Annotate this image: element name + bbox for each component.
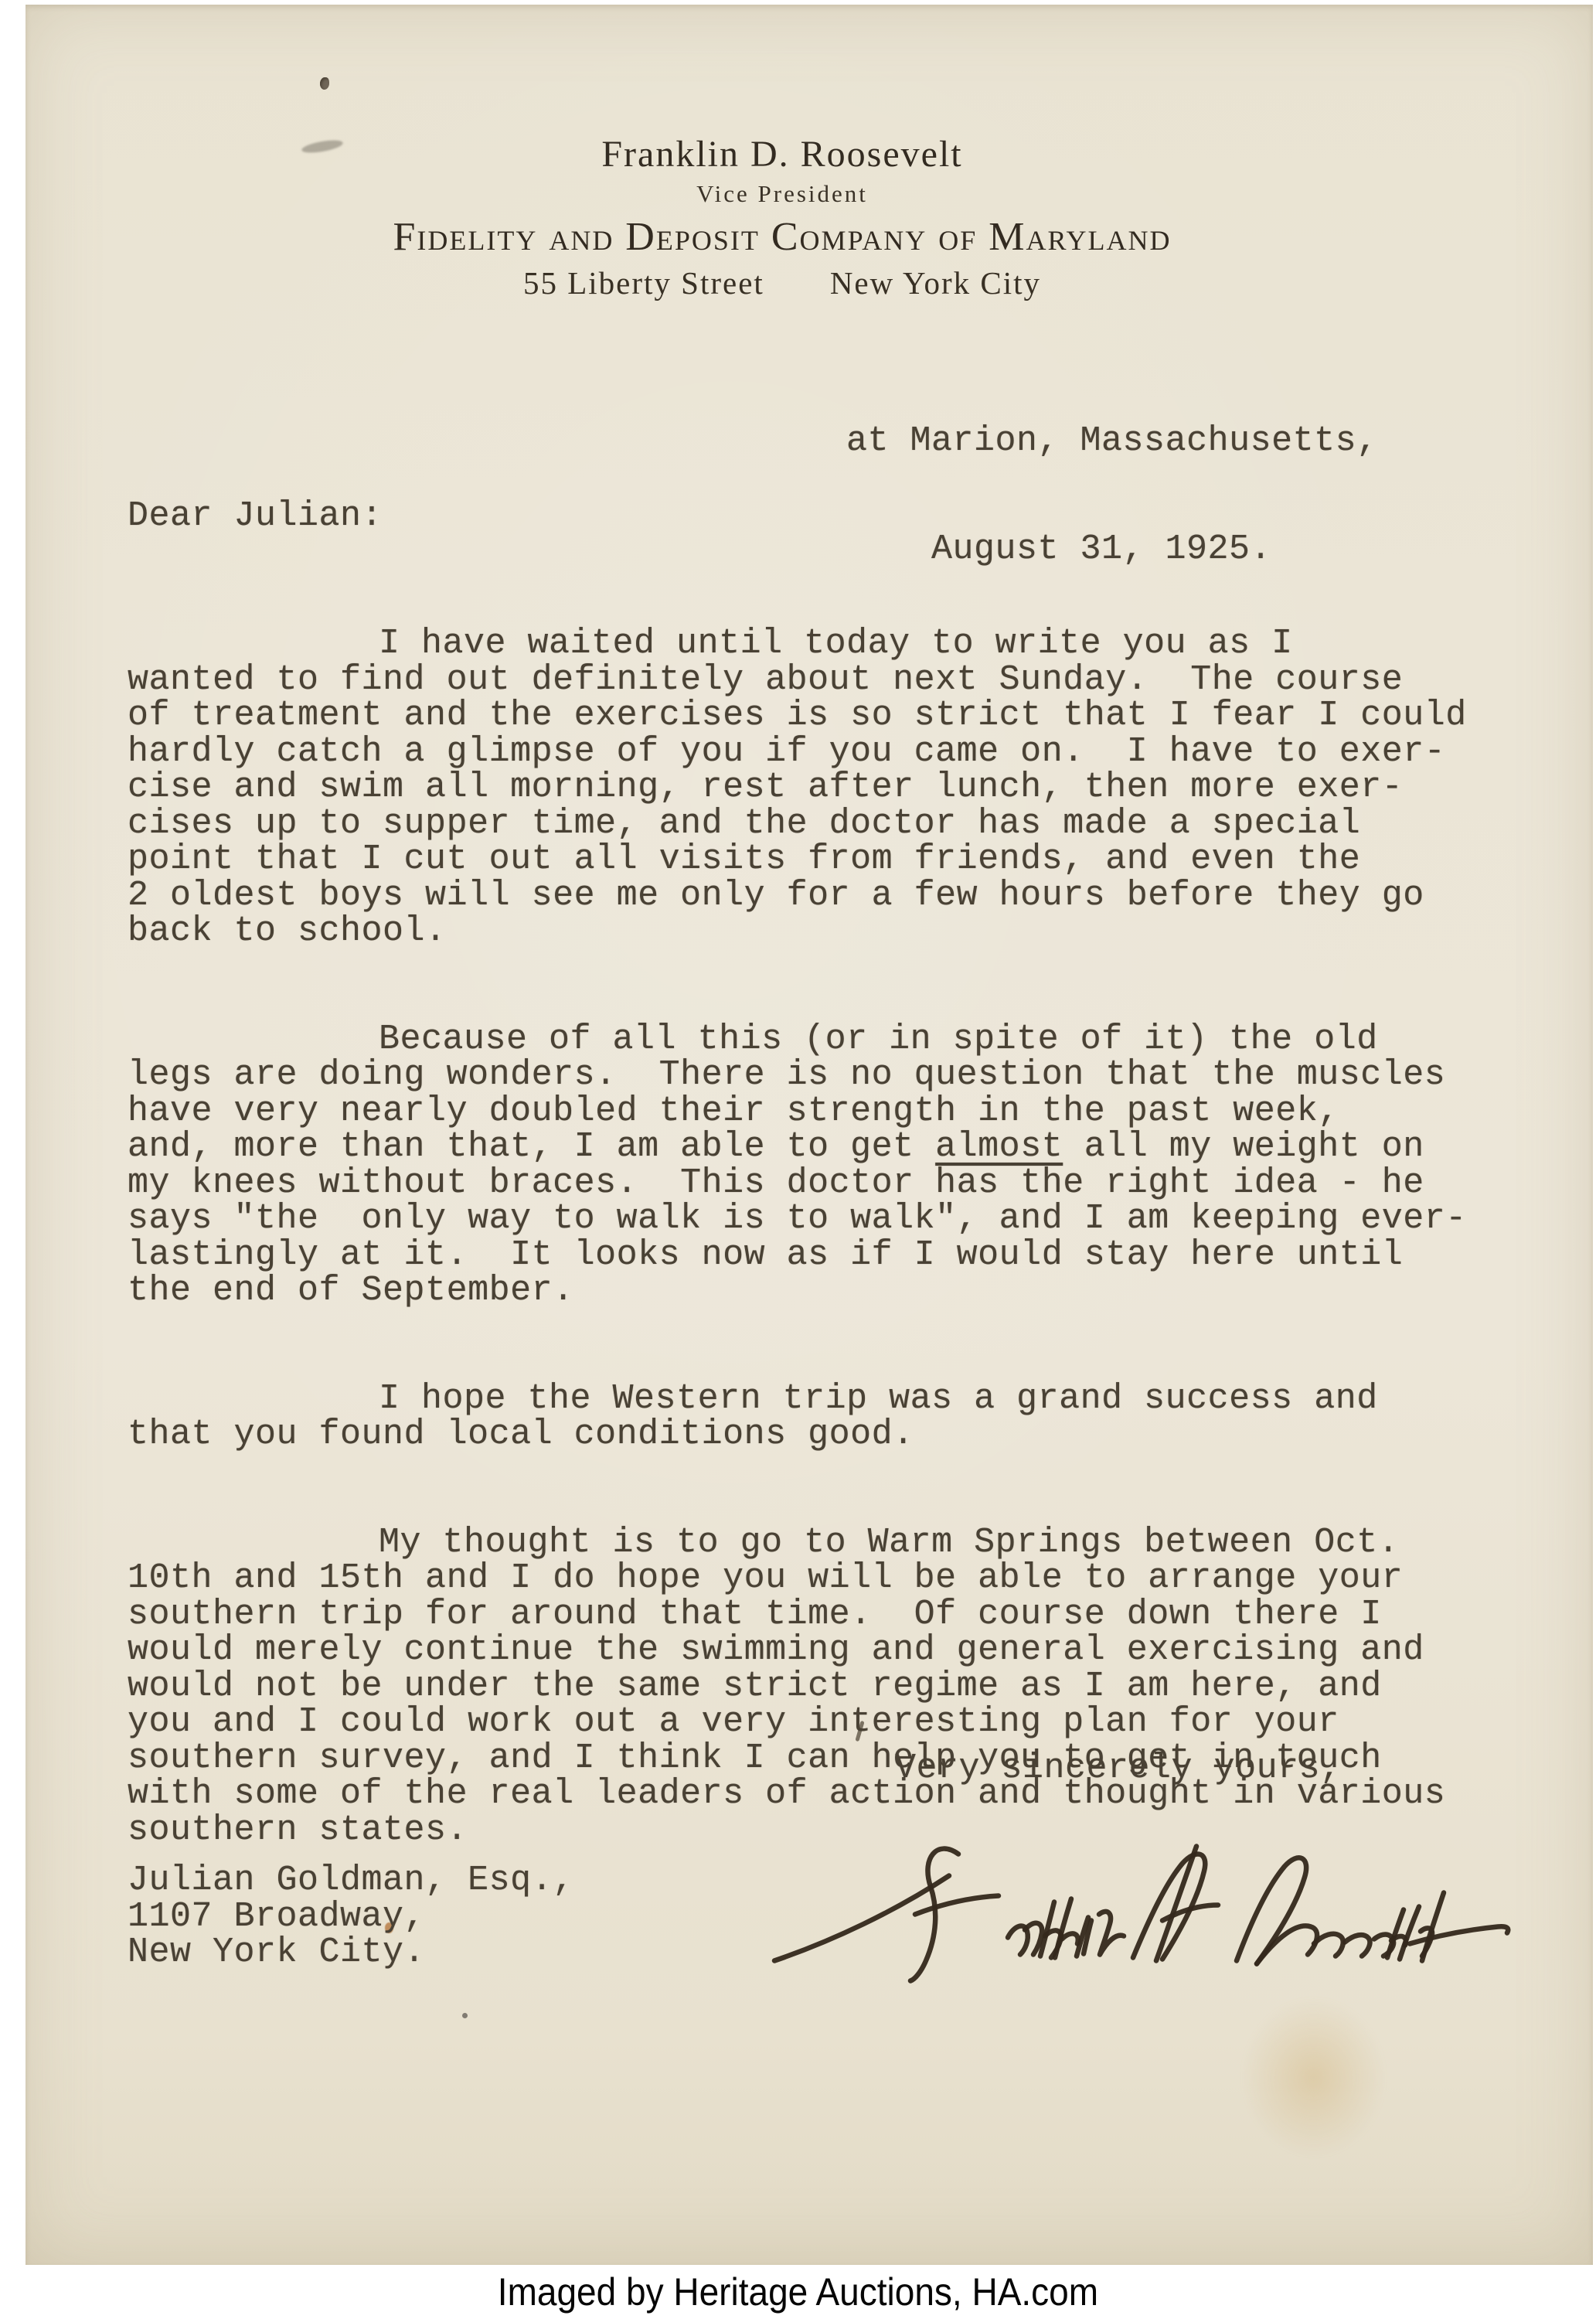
- dateline-place: at Marion, Massachusetts,: [846, 424, 1378, 460]
- paragraph-1: I have waited until today to write you a…: [128, 626, 1511, 950]
- letterhead-sender-title: Vice President: [26, 182, 1539, 206]
- closing-valediction: Very sincerely yours,: [895, 1751, 1342, 1787]
- letterhead-street: 55 Liberty Street: [523, 265, 764, 301]
- scanned-letter-page: Franklin D. Roosevelt Vice President Fid…: [0, 0, 1596, 2319]
- paper-dot: [462, 2013, 468, 2018]
- paragraph-2: Because of all this (or in spite of it) …: [128, 1022, 1511, 1309]
- signature-franklin-d-roosevelt: [764, 1826, 1513, 1984]
- underlined-word-almost: almost: [935, 1127, 1063, 1166]
- letterhead: Franklin D. Roosevelt Vice President Fid…: [26, 136, 1539, 299]
- letterhead-company-name: Fidelity and Deposit Company of Maryland: [26, 217, 1539, 257]
- letter-body: I have waited until today to write you a…: [128, 554, 1511, 1920]
- paragraph-3: I hope the Western trip was a grand succ…: [128, 1381, 1511, 1453]
- recipient-address: Julian Goldman, Esq., 1107 Broadway, New…: [128, 1863, 574, 1971]
- footer-credit-bar: Imaged by Heritage Auctions, HA.com: [0, 2265, 1596, 2319]
- footer-credit-text: Imaged by Heritage Auctions, HA.com: [498, 2270, 1098, 2314]
- letterhead-city: New York City: [830, 265, 1041, 301]
- letterhead-address-line: 55 Liberty StreetNew York City: [26, 267, 1539, 299]
- salutation: Dear Julian:: [128, 499, 383, 535]
- paragraph-4: My thought is to go to Warm Springs betw…: [128, 1525, 1511, 1849]
- letterhead-sender-name: Franklin D. Roosevelt: [26, 136, 1539, 173]
